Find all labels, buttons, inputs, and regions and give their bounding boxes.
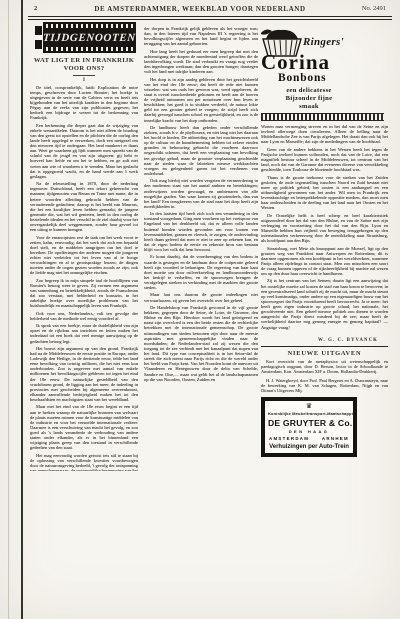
paragraph: Zoo begreep ik in mijn simpele taal de h… (30, 278, 138, 309)
heading-flourish (73, 75, 95, 77)
masthead-title: DE AMSTERDAMMER, WEEKBLAD VOOR NEDERLAND (0, 5, 400, 13)
binding-line (21, 0, 23, 619)
paragraph: De Handelsloop van Frankrijk gevormd in … (144, 305, 258, 382)
corina-tagline-1: een delicatesse (261, 87, 357, 94)
article-title-line1: WAT LIGT ER IN FRANKRIJK (30, 57, 138, 65)
gruyter-city-main: DEN HAAG (268, 429, 350, 434)
paragraph: Zij is het centrum van het Seinen; daari… (261, 278, 388, 329)
issue-number: No. 2491 (362, 5, 386, 12)
header-rule (28, 16, 392, 20)
decorative-band (261, 113, 384, 121)
paragraph: Geen van de andere bekkens in het Westen… (261, 147, 388, 173)
column-left-text: De titel, oorspronkelijk, luidt: Explica… (30, 85, 138, 471)
corina-bonbons-ad: Ringers' Corina Bonbons een delicatesse … (261, 29, 388, 122)
banner-ornament-bottom-icon (46, 47, 133, 51)
paragraph: Straatsburg, met Metz als knooppunt aan … (261, 246, 388, 277)
paragraph: Wonen naar vermenging streven en in het … (261, 124, 388, 145)
paragraph: De titel, oorspronkelijk, luidt: Explica… (30, 85, 138, 121)
paragraph: Ook voor ons, Nederlanders, valt ten gev… (30, 311, 138, 321)
gruyter-company-type: Koninklijke Meubeltransport-Maatschappij (268, 411, 350, 416)
banner-ornament-top-icon (46, 24, 133, 28)
scan-edge-line (8, 0, 9, 619)
column-middle-text: der dorpen in Frankrijk gelijk gebleven … (144, 26, 258, 382)
gruyter-city-right: ARNHEM (322, 436, 349, 441)
paragraph: Een herkenning die dieper gaat dan de wi… (30, 123, 138, 179)
chapter-numeral: I (30, 78, 138, 83)
new-release-item: H. J. Watergloeyd, door Prof. Paul Berge… (261, 378, 388, 394)
column-right: Ringers' Corina Bonbons een delicatesse … (261, 29, 388, 489)
paragraph: Het dorp is in zijn aanleg gebleven door… (144, 77, 258, 123)
article-title: WAT LIGT ER IN FRANKRIJK VOOR ONS? (30, 57, 138, 73)
gruyter-service-line: Verhuizingen per Auto-Trein (268, 444, 350, 450)
crown-icon: ♛ (268, 403, 350, 410)
section-banner-label: TIJDGENOOTEN (43, 32, 136, 44)
paragraph: Ik sprak van een boekje, maar de duideli… (30, 323, 138, 344)
gruyter-cities-row: AMSTERDAM ARNHEM (268, 436, 350, 441)
gruyter-company-name: DE GRUYTER & Co. (268, 418, 350, 428)
article-title-line2: VOOR ONS? (30, 65, 138, 73)
new-release-item: Kort overzicht van de metaphysica uit we… (261, 359, 388, 375)
newspaper-page: 2 DE AMSTERDAMMER, WEEKBLAD VOOR NEDERLA… (0, 0, 400, 619)
paragraph: der dorpen in Frankrijk gelijk gebleven … (144, 26, 258, 47)
corina-category: Bonbons (278, 72, 326, 84)
paragraph: Er komt daarbij, dat de voortbrenging va… (144, 254, 258, 290)
author-signature: W. G. C. BYVANCK (261, 338, 378, 343)
paragraph: Thans is de groote toekomst voor de stre… (261, 175, 388, 211)
paragraph: In den laatsten tijd heeft zich toch een… (144, 211, 258, 252)
corina-tagline-2: Bijzonder fijne (261, 95, 357, 102)
paragraph: Voor de emancipisten rest de taak om het… (30, 235, 138, 276)
paragraph: Ook mag hierbij niet worden vergeten de … (144, 178, 258, 209)
de-gruyter-ad: ♛ Koninklijke Meubeltransport-Maatschapp… (261, 397, 357, 457)
new-releases-section: NIEUWE UITGAVEN Kort overzicht van de me… (261, 346, 388, 393)
new-releases-heading: NIEUWE UITGAVEN (261, 350, 388, 357)
paragraph: Na de teleurstelling in 1870, door de ne… (30, 181, 138, 232)
column-middle: der dorpen in Frankrijk gelijk gebleven … (144, 26, 258, 476)
paragraph: Het bouwt zijn argument op van den grond… (30, 346, 138, 402)
column-left: TIJDGENOOTEN WAT LIGT ER IN FRANKRIJK VO… (30, 21, 138, 471)
paragraph: Het mag eenvoudig worden getwist iets st… (30, 453, 138, 471)
paragraph: Hoe lang heeft het geduurd eer men begre… (144, 49, 258, 75)
column-right-text: Wonen naar vermenging streven en in het … (261, 124, 388, 336)
paragraph: De landbouw heeft dan geleden onder vers… (144, 125, 258, 176)
corina-tagline-3: smaak (261, 103, 357, 110)
paragraph: De Oostelijke helft is heel scherp en he… (261, 213, 388, 244)
page-header: 2 DE AMSTERDAMMER, WEEKBLAD VOOR NEDERLA… (0, 4, 400, 15)
paragraph: Maar met het eind van de 18e eeuw begint… (30, 404, 138, 450)
paragraph: Maar laat ons daarom de groote indeeling… (144, 292, 258, 302)
section-banner: TIJDGENOOTEN (43, 22, 136, 53)
corina-brand: Ringers' (303, 36, 344, 48)
gruyter-city-left: AMSTERDAM (269, 436, 309, 441)
